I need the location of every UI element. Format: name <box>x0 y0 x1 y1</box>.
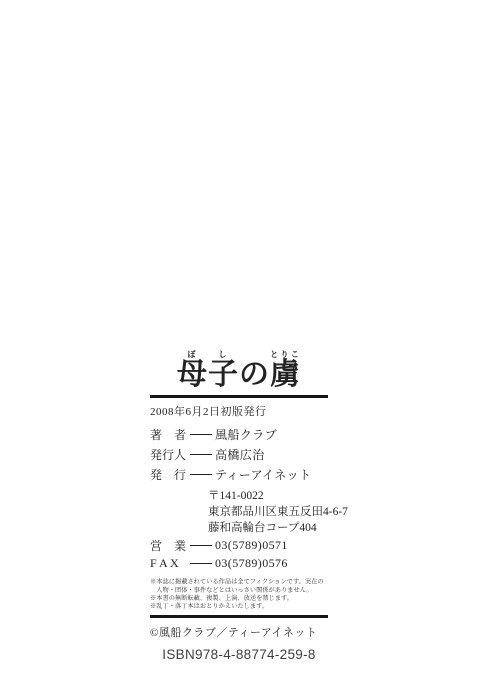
isbn-number: ISBN978-4-88774-259-8 <box>150 647 328 662</box>
credit-value: 風船クラブ <box>215 426 277 443</box>
contact-row-sales: 営 業 03(5789)0571 <box>150 537 328 555</box>
credit-label: 発行人 <box>150 446 190 463</box>
contact-row-fax: F A X 03(5789)0576 <box>150 555 328 573</box>
credit-label: 発 行 <box>150 466 190 483</box>
bottom-rule <box>150 615 328 618</box>
credit-value: 高橋広治 <box>215 446 265 463</box>
credit-value: ティーアイネット <box>215 466 311 483</box>
title-segment: の <box>239 358 270 391</box>
title-furigana: し <box>208 350 239 359</box>
postal-code: 〒141-0022 <box>208 487 328 503</box>
contact-label: F A X <box>150 556 190 571</box>
title-char: 母 <box>177 358 208 391</box>
leader-dash <box>190 563 212 564</box>
credit-row-publisher-company: 発 行 ティーアイネット <box>150 465 328 485</box>
credits-list: 著 者 風船クラブ 発行人 高橋広治 発 行 ティーアイネット <box>150 425 328 485</box>
title-segment: 虜とりこ <box>270 358 301 391</box>
leader-dash <box>190 454 212 455</box>
legal-notes: ※本誌に掲載されている作品は全てフィクションです。実在の人物・団体・事件などとは… <box>150 578 328 611</box>
colophon-block: 母ぼ子しの虜とりこ 2008年6月2日初版発行 著 者 風船クラブ 発行人 高橋… <box>150 350 328 662</box>
title-furigana: とりこ <box>270 350 301 359</box>
leader-dash <box>190 545 212 546</box>
note-defective-copy-exchange: ※乱丁・落丁本はおとりかえいたします。 <box>150 602 327 610</box>
title-furigana: ぼ <box>177 350 208 359</box>
leader-dash <box>190 434 212 435</box>
book-title: 母ぼ子しの虜とりこ <box>150 350 328 391</box>
address-line-1: 東京都品川区東五反田4-6-7 <box>208 503 328 519</box>
address-line-2: 藤和高輪台コープ404 <box>208 519 328 535</box>
contact-phone: 03(5789)0571 <box>215 538 288 553</box>
contact-phone: 03(5789)0576 <box>215 556 288 571</box>
title-segment: 母ぼ <box>177 358 208 391</box>
contact-label: 営 業 <box>150 537 190 554</box>
legal-notes-text: ※本誌に掲載されている作品は全てフィクションです。実在の人物・団体・事件などとは… <box>150 578 327 610</box>
copyright-line: ©風船クラブ／ティーアイネット <box>150 624 328 640</box>
note-reproduction-prohibited: ※本書の無断転載、複製、上演、放送を禁じます。 <box>150 594 327 602</box>
credit-label: 著 者 <box>150 426 190 443</box>
edition-date: 2008年6月2日初版発行 <box>150 403 328 417</box>
credit-row-author: 著 者 風船クラブ <box>150 425 328 445</box>
colophon-page: 母ぼ子しの虜とりこ 2008年6月2日初版発行 著 者 風船クラブ 発行人 高橋… <box>0 0 480 685</box>
title-segment: 子し <box>208 358 239 391</box>
note-fiction-disclaimer: ※本誌に掲載されている作品は全てフィクションです。実在の人物・団体・事件などとは… <box>150 578 327 594</box>
leader-dash <box>190 474 212 475</box>
contact-list: 営 業 03(5789)0571 F A X 03(5789)0576 <box>150 537 328 573</box>
credit-row-publisher-person: 発行人 高橋広治 <box>150 445 328 465</box>
publisher-address: 〒141-0022 東京都品川区東五反田4-6-7 藤和高輪台コープ404 <box>208 487 328 535</box>
title-underline-rule <box>150 395 328 398</box>
title-char: 子 <box>208 358 239 391</box>
title-char: の <box>239 358 270 391</box>
title-char: 虜 <box>270 358 301 391</box>
